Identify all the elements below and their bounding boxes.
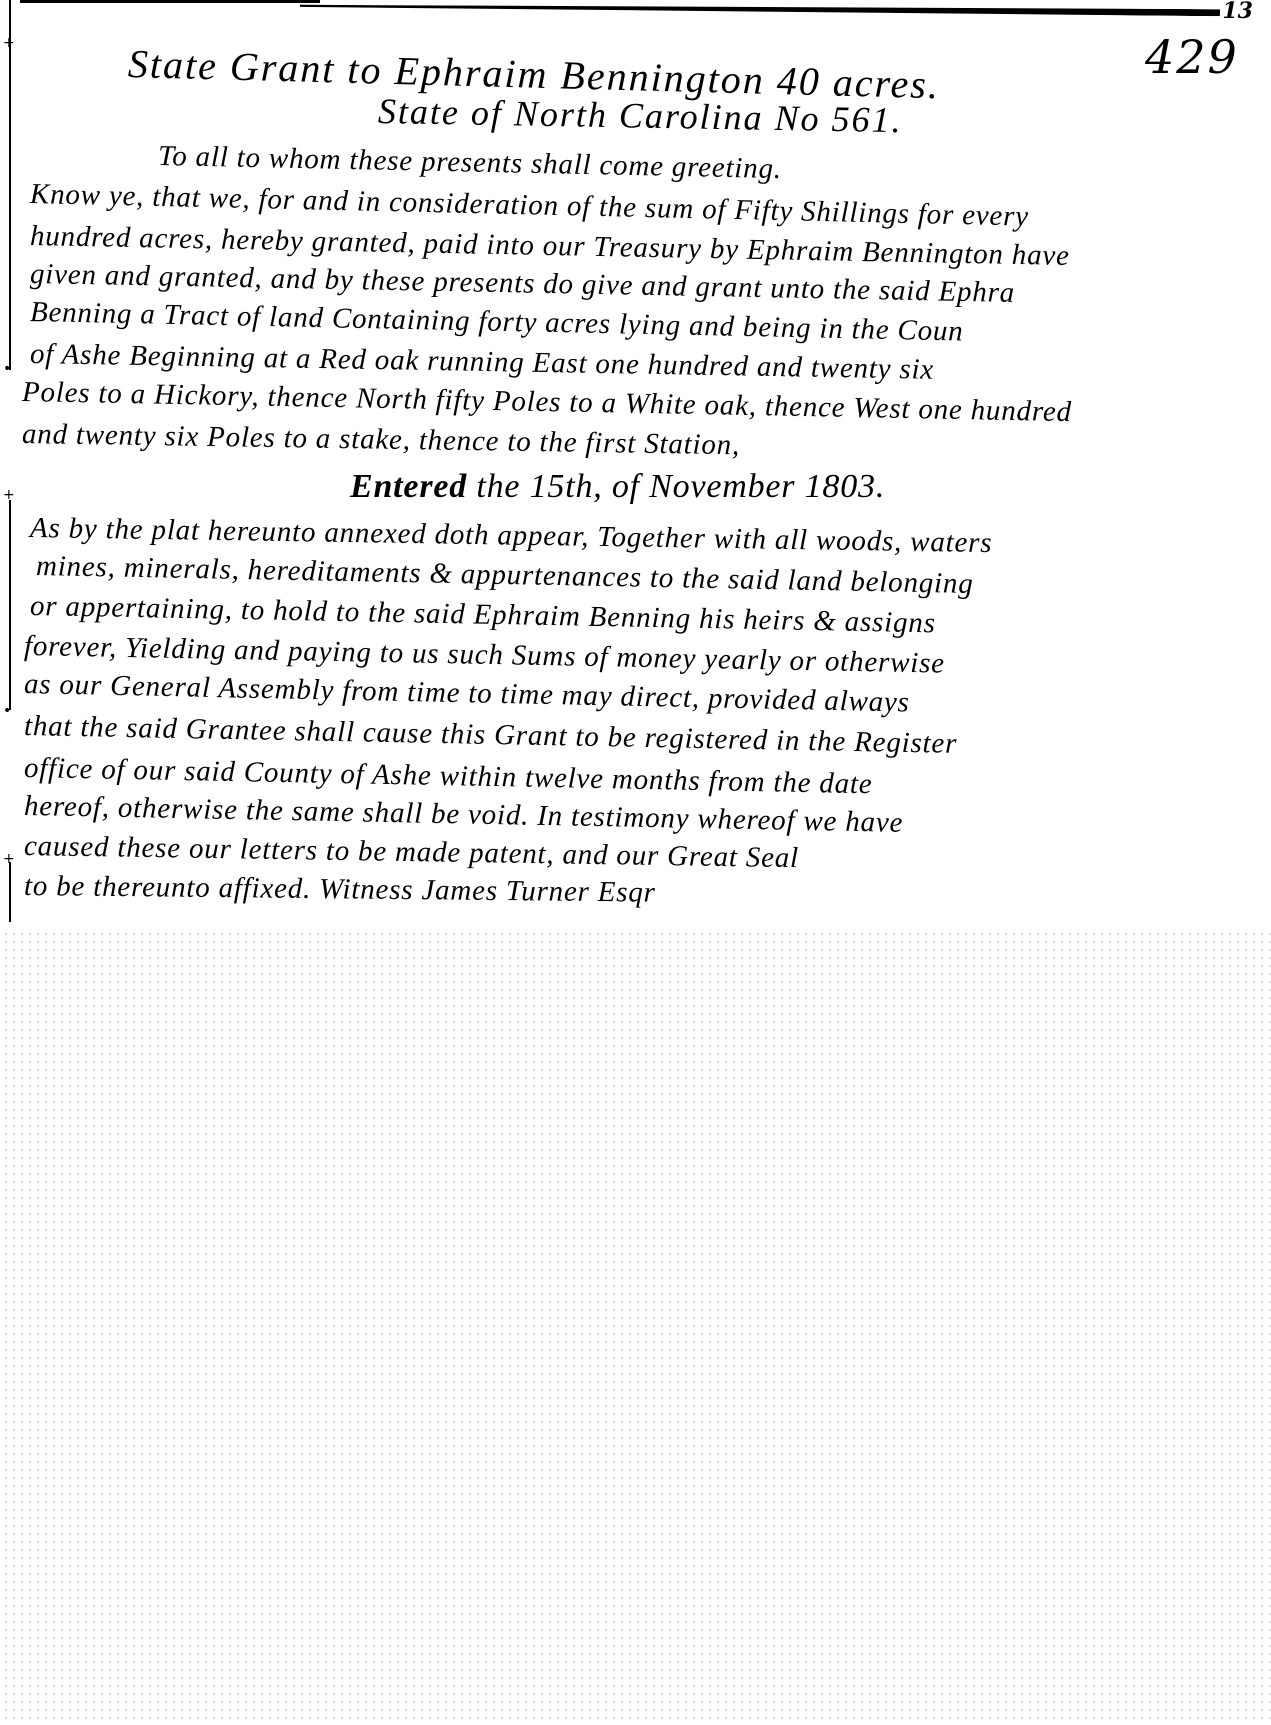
body-line: caused these our letters to be made pate… (24, 830, 799, 875)
top-rule (20, 0, 320, 3)
scanned-deed-page: 13 + • + • + 429 State Grant to Ephraim … (0, 0, 1271, 927)
body-line: to be thereunto affixed. Witness James T… (24, 870, 656, 910)
page-number-top: 13 (1222, 0, 1253, 24)
entry-line: Entered the 15th, of November 1803. (350, 468, 885, 506)
deed-subheading: State of North Carolina No 561. (378, 90, 903, 141)
transparent-canvas-area (0, 927, 1271, 1725)
top-rule-heavy (300, 2, 1220, 16)
margin-line (9, 862, 11, 922)
margin-line (9, 500, 11, 710)
body-line: and twenty six Poles to a stake, thence … (22, 418, 741, 462)
margin-mark-icon: • (3, 362, 11, 376)
entry-date: the 15th, of November 1803. (476, 468, 885, 505)
margin-mark-icon: • (3, 704, 11, 718)
salutation-line: To all to whom these presents shall come… (158, 140, 783, 186)
folio-number: 429 (1145, 30, 1239, 84)
entered-label: Entered (350, 468, 467, 505)
margin-line (9, 60, 11, 370)
margin-mark-icon: + (3, 36, 15, 50)
